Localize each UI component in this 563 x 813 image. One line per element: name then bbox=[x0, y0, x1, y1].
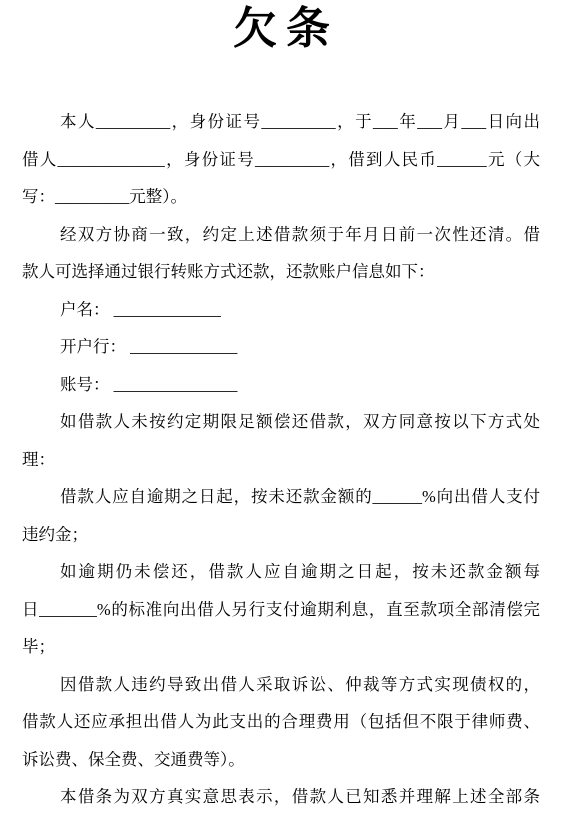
doc-line: 本借条为双方真实意思表示，借款人已知悉并理解上述全部条 bbox=[22, 778, 540, 813]
doc-line: 如逾期仍未偿还，借款人应自逾期之日起，按未还款金额每 bbox=[22, 553, 540, 591]
doc-line: 毕； bbox=[22, 628, 540, 666]
document-page: 欠条 本人_________，身份证号_________，于___年___月__… bbox=[0, 0, 563, 813]
doc-line: 借款人应自逾期之日起，按未还款金额的______%向出借人支付 bbox=[22, 478, 540, 516]
doc-line: 借人_____________，身份证号_________，借到人民币_____… bbox=[22, 141, 540, 179]
doc-line: 经双方协商一致，约定上述借款须于年月日前一次性还清。借 bbox=[22, 216, 540, 254]
doc-line-account-number: 账号： _______________ bbox=[22, 366, 540, 404]
doc-line: 如借款人未按约定期限足额偿还借款，双方同意按以下方式处 bbox=[22, 403, 540, 441]
doc-line: 借款人还应承担出借人为此支出的合理费用（包括但不限于律师费、 bbox=[22, 703, 540, 741]
doc-line: 理： bbox=[22, 441, 540, 479]
doc-line: 写：_________元整）。 bbox=[22, 178, 540, 216]
doc-line: 款人可选择通过银行转账方式还款，还款账户信息如下： bbox=[22, 253, 540, 291]
document-title: 欠条 bbox=[0, 0, 563, 56]
doc-line: 因借款人违约导致出借人采取诉讼、仲裁等方式实现债权的， bbox=[22, 666, 540, 704]
doc-line-account-name: 户名： _____________ bbox=[22, 291, 540, 329]
doc-line: 日_______%的标准向出借人另行支付逾期利息，直至款项全部清偿完 bbox=[22, 591, 540, 629]
doc-line-bank-branch: 开户行： _____________ bbox=[22, 328, 540, 366]
document-body: 本人_________，身份证号_________，于___年___月___日向… bbox=[22, 103, 540, 813]
doc-line: 本人_________，身份证号_________，于___年___月___日向… bbox=[22, 103, 540, 141]
doc-line: 诉讼费、保全费、交通费等）。 bbox=[22, 741, 540, 779]
doc-line: 违约金； bbox=[22, 516, 540, 554]
